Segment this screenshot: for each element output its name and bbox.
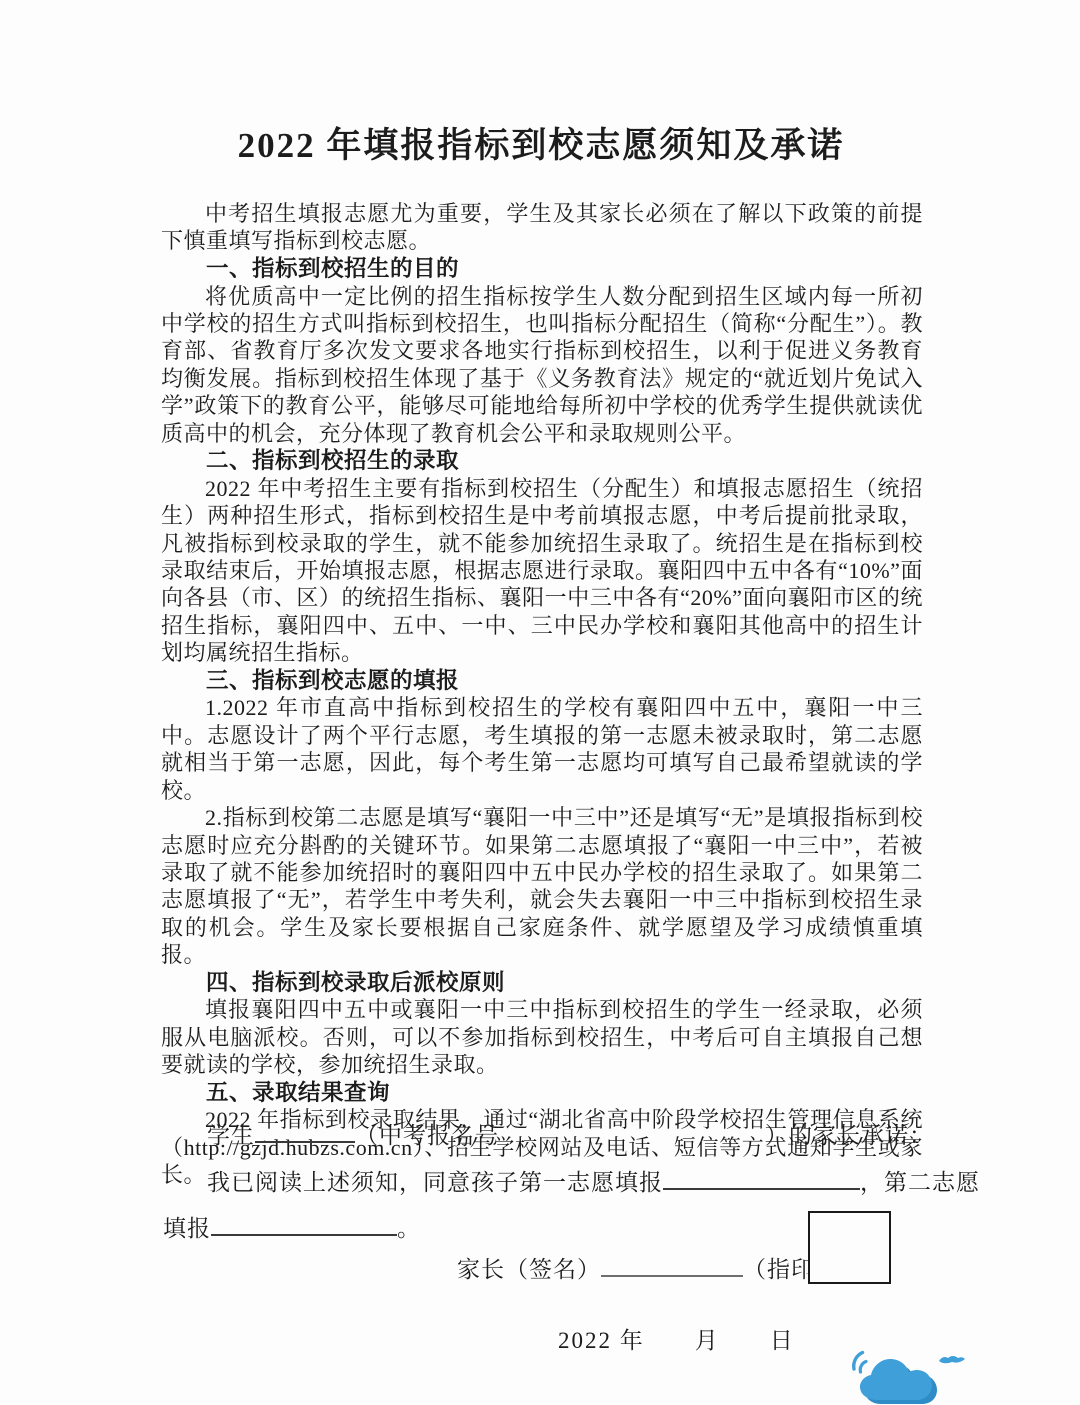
second-choice-label: ，第二志愿 (860, 1170, 980, 1195)
cloud-streak-shape (939, 1356, 965, 1363)
signature-line: 家长（签名）（指印） (457, 1253, 839, 1285)
intro-paragraph: 中考招生填报志愿尤为重要，学生及其家长必须在了解以下政策的前提下慎重填写指标到校… (161, 200, 923, 255)
section-2-paragraph: 2022 年中考招生主要有指标到校招生（分配生）和填报志愿招生（统招生）两种招生… (161, 475, 923, 667)
signal-arc-inner (860, 1362, 866, 1373)
first-choice-line: 我已阅读上述须知，同意孩子第一志愿填报，第二志愿 (207, 1166, 980, 1198)
section-5-heading: 五、录取结果查询 (161, 1079, 923, 1107)
document-body: 中考招生填报志愿尤为重要，学生及其家长必须在了解以下政策的前提下慎重填写指标到校… (161, 200, 923, 1189)
exam-number-blank (499, 1142, 765, 1143)
student-name-blank (255, 1119, 355, 1143)
cloud-signal-icon (843, 1344, 969, 1405)
cloud-shape (860, 1359, 932, 1400)
date-line: 2022 年 月 日 (558, 1326, 795, 1356)
section-3-paragraph-2: 2.指标到校第二志愿是填写“襄阳一中三中”还是填写“无”是填报指标到校志愿时应充… (161, 804, 923, 968)
exam-number-label: （中考报名号 (355, 1123, 499, 1148)
section-1-paragraph: 将优质高中一定比例的招生指标按学生人数分配到招生区域内每一所初中学校的招生方式叫… (161, 283, 923, 447)
student-line: 学生（中考报名号）的家长承诺： (207, 1119, 933, 1151)
second-choice-period: 。 (397, 1216, 421, 1241)
second-choice-blank (211, 1212, 397, 1236)
pledge-text: 我已阅读上述须知，同意孩子第一志愿填报 (207, 1170, 663, 1195)
parent-signature-label: 家长（签名） (457, 1257, 601, 1282)
section-3-paragraph-1: 1.2022 年市直高中指标到校招生的学校有襄阳四中五中，襄阳一中三中。志愿设计… (161, 694, 923, 804)
second-choice-line: 填报。 (163, 1212, 421, 1244)
document-page: 2022 年填报指标到校志愿须知及承诺 中考招生填报志愿尤为重要，学生及其家长必… (0, 0, 1080, 1405)
section-4-heading: 四、指标到校录取后派校原则 (161, 969, 923, 997)
student-label: 学生 (207, 1123, 255, 1148)
document-title: 2022 年填报指标到校志愿须知及承诺 (160, 118, 922, 168)
fingerprint-box (808, 1211, 891, 1284)
first-choice-blank (663, 1166, 860, 1190)
section-4-paragraph: 填报襄阳四中五中或襄阳一中三中指标到校招生的学生一经录取，必须服从电脑派校。否则… (161, 996, 923, 1078)
section-1-heading: 一、指标到校招生的目的 (161, 255, 923, 283)
second-choice-prefix: 填报 (163, 1216, 211, 1241)
section-2-heading: 二、指标到校招生的录取 (161, 447, 923, 475)
signature-blank (601, 1253, 743, 1277)
section-3-heading: 三、指标到校志愿的填报 (161, 667, 923, 695)
parent-pledge-label: ）的家长承诺： (765, 1123, 933, 1148)
